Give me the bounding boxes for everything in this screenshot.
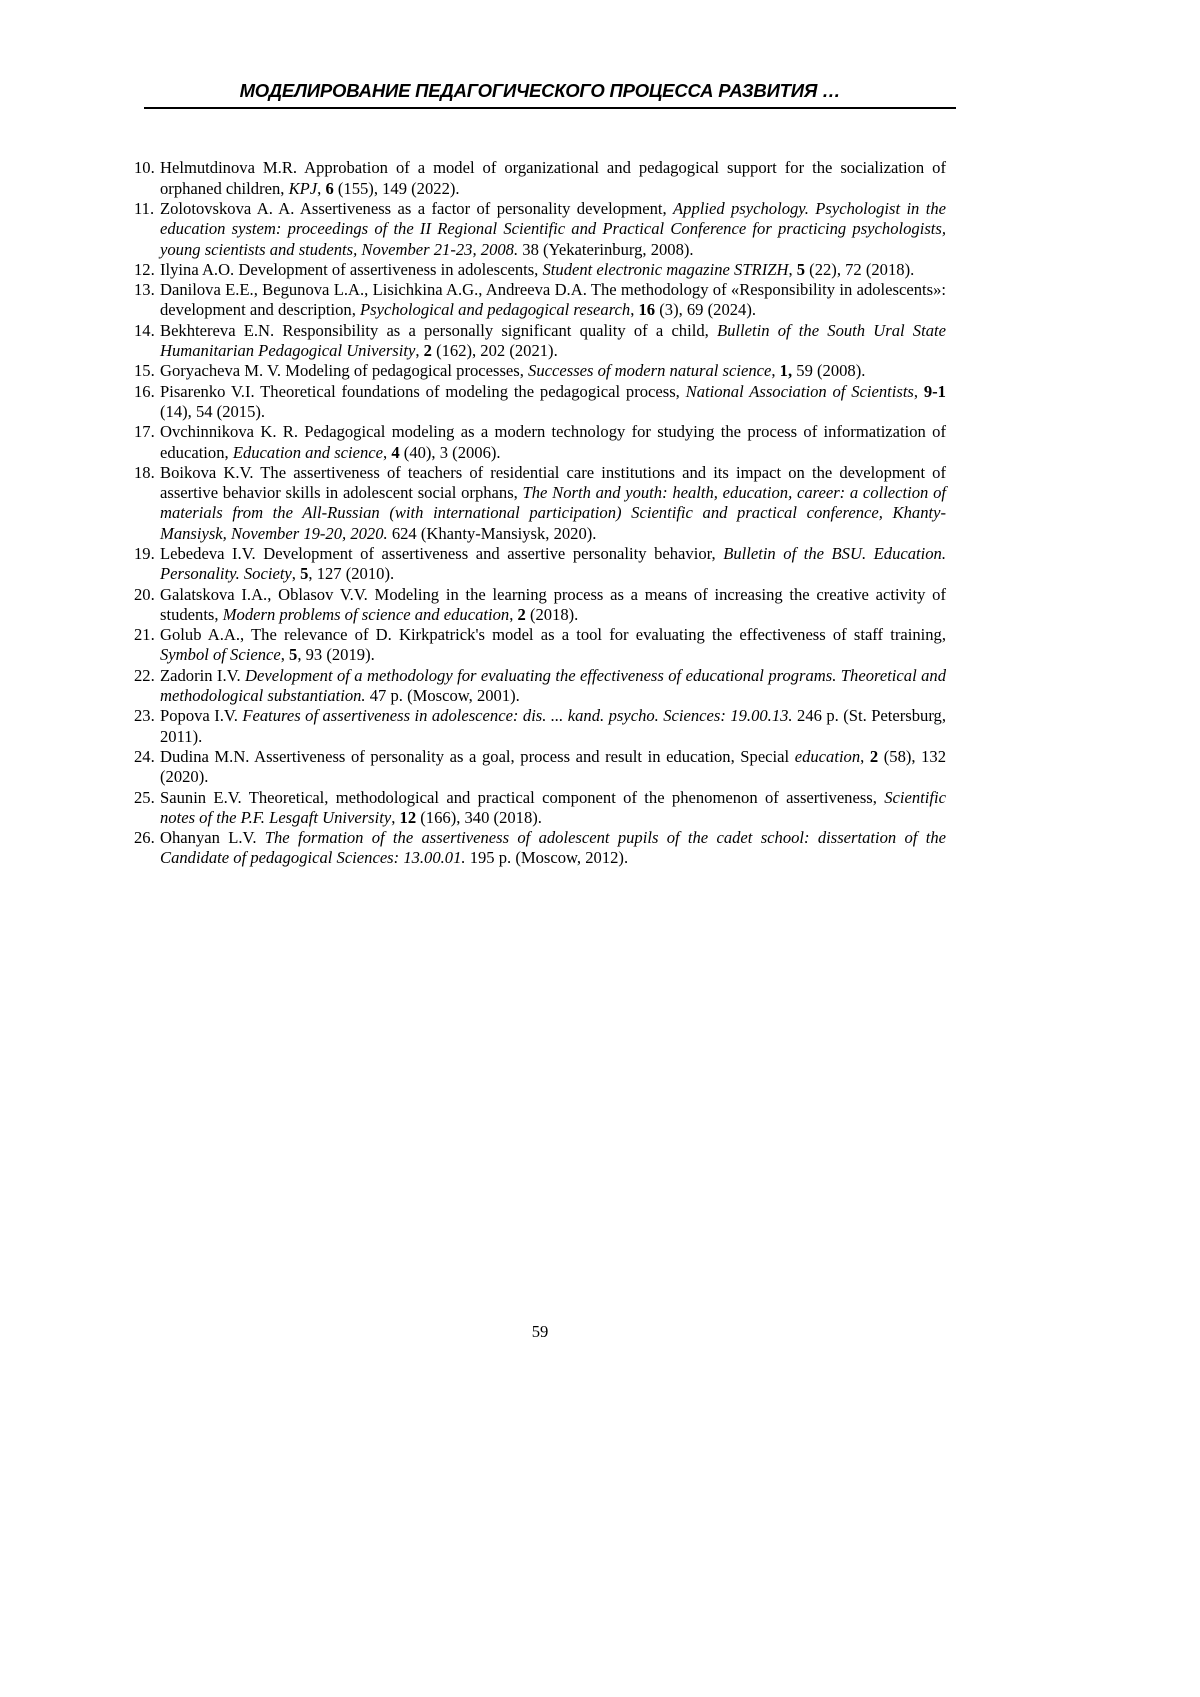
reference-text-segment: Golub A.A., The relevance of D. Kirkpatr…	[160, 625, 946, 644]
reference-text-segment: Bekhtereva E.N. Responsibility as a pers…	[160, 321, 717, 340]
reference-text-segment: Zadorin I.V.	[160, 666, 245, 685]
reference-text-segment: Student electronic magazine STRIZH	[542, 260, 788, 279]
reference-text-segment: 2	[424, 341, 432, 360]
reference-text-segment: 2	[518, 605, 526, 624]
reference-text-segment: ,	[415, 341, 423, 360]
reference-text-segment: Popova I.V.	[160, 706, 242, 725]
reference-text-segment: (166), 340 (2018).	[416, 808, 542, 827]
reference-text-segment: Saunin E.V. Theoretical, methodological …	[160, 788, 884, 807]
reference-item: 17.Ovchinnikova K. R. Pedagogical modeli…	[134, 422, 946, 463]
reference-number: 12.	[134, 260, 155, 280]
reference-text-segment: 6	[325, 179, 333, 198]
reference-number: 23.	[134, 706, 155, 726]
reference-number: 24.	[134, 747, 155, 767]
reference-text-segment: Symbol of Science	[160, 645, 281, 664]
reference-text-segment: Lebedeva I.V. Development of assertivene…	[160, 544, 723, 563]
reference-text-segment: Zolotovskova A. A. Assertiveness as a fa…	[160, 199, 673, 218]
reference-text-segment: (22), 72 (2018).	[805, 260, 914, 279]
reference-text-segment: Goryacheva M. V. Modeling of pedagogical…	[160, 361, 528, 380]
reference-item: 19.Lebedeva I.V. Development of assertiv…	[134, 544, 946, 585]
header-rule	[144, 107, 956, 109]
reference-text-segment: , 127 (2010).	[308, 564, 394, 583]
reference-text-segment: 9-1	[924, 382, 946, 401]
reference-item: 13.Danilova E.E., Begunova L.A., Lisichk…	[134, 280, 946, 321]
reference-text-segment: Development of a methodology for evaluat…	[160, 666, 946, 705]
reference-text-segment: Pisarenko V.I. Theoretical foundations o…	[160, 382, 686, 401]
reference-item: 22.Zadorin I.V. Development of a methodo…	[134, 666, 946, 707]
reference-text-segment: 12	[400, 808, 417, 827]
running-head: МОДЕЛИРОВАНИЕ ПЕДАГОГИЧЕСКОГО ПРОЦЕССА Р…	[134, 81, 946, 101]
reference-text-segment: Psychological and pedagogical research	[360, 300, 630, 319]
reference-text-segment: 47 p. (Moscow, 2001).	[366, 686, 520, 705]
reference-text-segment: ,	[281, 645, 289, 664]
reference-text-segment: 624 (Khanty-Mansiysk, 2020).	[388, 524, 597, 543]
reference-item: 15.Goryacheva M. V. Modeling of pedagogi…	[134, 361, 946, 381]
reference-text-segment: 1,	[780, 361, 792, 380]
reference-number: 20.	[134, 585, 155, 605]
reference-number: 16.	[134, 382, 155, 402]
reference-item: 24.Dudina M.N. Assertiveness of personal…	[134, 747, 946, 788]
reference-text-segment: 195 p. (Moscow, 2012).	[466, 848, 629, 867]
reference-text-segment: Modern problems of science and education	[223, 605, 510, 624]
reference-number: 25.	[134, 788, 155, 808]
reference-item: 18.Boikova K.V. The assertiveness of tea…	[134, 463, 946, 544]
reference-number: 21.	[134, 625, 155, 645]
reference-text-segment: ,	[509, 605, 517, 624]
reference-item: 16.Pisarenko V.I. Theoretical foundation…	[134, 382, 946, 423]
reference-text-segment: Successes of modern natural science	[528, 361, 771, 380]
reference-number: 19.	[134, 544, 155, 564]
reference-text-segment: ,	[914, 382, 924, 401]
reference-text-segment: ,	[391, 808, 399, 827]
reference-item: 23.Popova I.V. Features of assertiveness…	[134, 706, 946, 747]
reference-number: 17.	[134, 422, 155, 442]
reference-item: 11.Zolotovskova A. A. Assertiveness as a…	[134, 199, 946, 260]
reference-text-segment: 38 (Yekaterinburg, 2008).	[518, 240, 693, 259]
reference-text-segment: 4	[391, 443, 399, 462]
reference-text-segment: Dudina M.N. Assertiveness of personality…	[160, 747, 795, 766]
reference-number: 14.	[134, 321, 155, 341]
reference-text-segment: 16	[639, 300, 656, 319]
reference-item: 21.Golub A.A., The relevance of D. Kirkp…	[134, 625, 946, 666]
reference-number: 15.	[134, 361, 155, 381]
page-content: МОДЕЛИРОВАНИЕ ПЕДАГОГИЧЕСКОГО ПРОЦЕССА Р…	[134, 0, 946, 1697]
reference-number: 18.	[134, 463, 155, 483]
reference-text-segment: Ilyina A.O. Development of assertiveness…	[160, 260, 542, 279]
reference-item: 10.Helmutdinova M.R. Approbation of a mo…	[134, 158, 946, 199]
document-page: МОДЕЛИРОВАНИЕ ПЕДАГОГИЧЕСКОГО ПРОЦЕССА Р…	[0, 0, 1200, 1697]
reference-text-segment: 2	[870, 747, 878, 766]
reference-text-segment: ,	[292, 564, 300, 583]
reference-text-segment: National Association of Scientists	[686, 382, 914, 401]
reference-text-segment: (14), 54 (2015).	[160, 402, 265, 421]
reference-text-segment: , 93 (2019).	[297, 645, 374, 664]
reference-number: 26.	[134, 828, 155, 848]
reference-text-segment: ,	[630, 300, 638, 319]
reference-list: 10.Helmutdinova M.R. Approbation of a mo…	[134, 158, 946, 868]
reference-text-segment: (3), 69 (2024).	[655, 300, 756, 319]
reference-text-segment: 5	[797, 260, 805, 279]
reference-text-segment: 59 (2008).	[792, 361, 865, 380]
reference-text-segment: Helmutdinova M.R. Approbation of a model…	[160, 158, 946, 197]
reference-text-segment: ,	[860, 747, 870, 766]
reference-text-segment: ,	[771, 361, 779, 380]
reference-text-segment: (40), 3 (2006).	[400, 443, 501, 462]
reference-number: 11.	[134, 199, 154, 219]
reference-text-segment: (162), 202 (2021).	[432, 341, 558, 360]
reference-number: 13.	[134, 280, 155, 300]
reference-number: 22.	[134, 666, 155, 686]
page-number: 59	[134, 1322, 946, 1342]
reference-item: 12.Ilyina A.O. Development of assertiven…	[134, 260, 946, 280]
reference-item: 25.Saunin E.V. Theoretical, methodologic…	[134, 788, 946, 829]
reference-text-segment: (155), 149 (2022).	[334, 179, 460, 198]
reference-item: 20.Galatskova I.A., Oblasov V.V. Modelin…	[134, 585, 946, 626]
reference-text-segment: (2018).	[526, 605, 579, 624]
reference-item: 14.Bekhtereva E.N. Responsibility as a p…	[134, 321, 946, 362]
reference-text-segment: Education and science	[233, 443, 383, 462]
reference-text-segment: ,	[788, 260, 796, 279]
reference-text-segment: education	[795, 747, 860, 766]
reference-text-segment: KPJ	[289, 179, 318, 198]
reference-number: 10.	[134, 158, 155, 178]
reference-text-segment: Ohanyan L.V.	[160, 828, 265, 847]
reference-item: 26.Ohanyan L.V. The formation of the ass…	[134, 828, 946, 869]
reference-text-segment: Features of assertiveness in adolescence…	[242, 706, 792, 725]
